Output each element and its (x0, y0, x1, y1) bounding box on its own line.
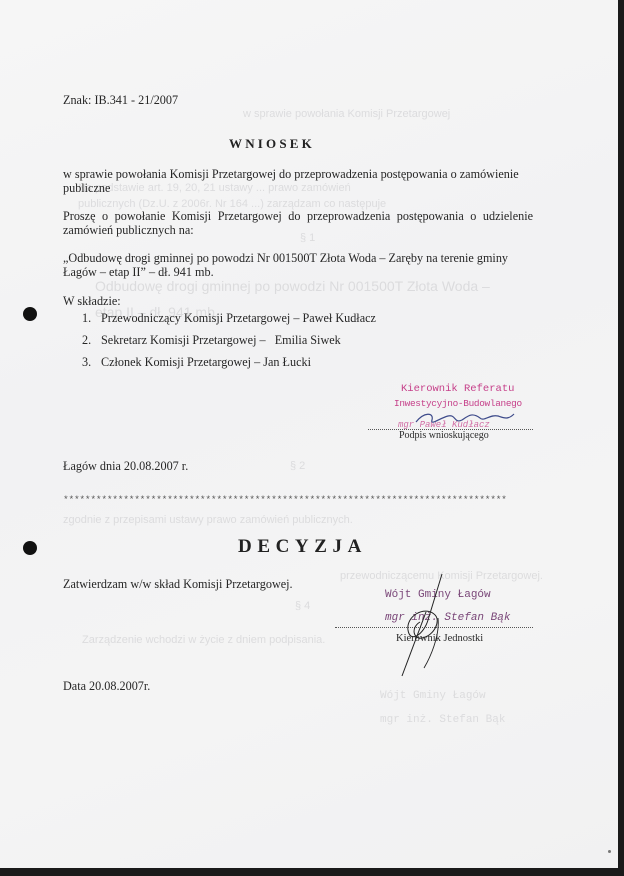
bleed-through-text: § 2 (290, 460, 305, 472)
bleed-through-text: w sprawie powołania Komisji Przetargowej (243, 108, 450, 120)
decision-title: DECYZJA (238, 536, 367, 558)
committee-member: 1.Przewodniczący Komisji Przetargowej – … (82, 311, 376, 325)
department-stamp-title: Kierownik Referatu (401, 383, 514, 395)
bleed-through-text: Zarządzenie wchodzi w życie z dniem podp… (82, 634, 325, 646)
member-number: 1. (82, 311, 101, 325)
signature-approver (380, 572, 460, 682)
bleed-through-text: § 4 (295, 600, 310, 612)
request-body-line: zamówień publicznych na: (63, 223, 533, 237)
scanned-page: w sprawie powołania Komisji Przetargowej… (0, 0, 618, 868)
place-and-date: Łagów dnia 20.08.2007 r. (63, 459, 188, 473)
request-subject-line: publiczne (63, 181, 533, 195)
punch-hole (23, 541, 37, 555)
scan-speck (608, 850, 611, 853)
bleed-through-text: Wójt Gminy Łagów (380, 690, 486, 702)
separator-line: ****************************************… (63, 494, 507, 505)
request-body-line: Proszę o powołanie Komisji Przetargowej … (63, 209, 533, 223)
request-subject-line: w sprawie powołania Komisji Przetargowej… (63, 167, 533, 181)
member-number: 3. (82, 355, 101, 369)
request-body: Proszę o powołanie Komisji Przetargowej … (63, 209, 533, 237)
project-description: „Odbudowę drogi gminnej po powodzi Nr 00… (63, 251, 533, 279)
requester-signature-caption: Podpis wnioskującego (399, 430, 489, 441)
bleed-through-text: mgr inż. Stefan Bąk (380, 714, 505, 726)
member-number: 2. (82, 333, 101, 347)
committee-member: 3.Członek Komisji Przetargowej – Jan Łuc… (82, 355, 311, 369)
reference-number: Znak: IB.341 - 21/2007 (63, 93, 178, 107)
composition-label: W składzie: (63, 294, 121, 308)
member-text: Członek Komisji Przetargowej – Jan Łucki (101, 355, 311, 369)
member-text: Sekretarz Komisji Przetargowej – Emilia … (101, 333, 341, 347)
member-text: Przewodniczący Komisji Przetargowej – Pa… (101, 311, 376, 325)
decision-date: Data 20.08.2007r. (63, 679, 150, 693)
punch-hole (23, 307, 37, 321)
request-title: WNIOSEK (229, 136, 315, 152)
committee-member: 2.Sekretarz Komisji Przetargowej – Emili… (82, 333, 341, 347)
bleed-through-text: zgodnie z przepisami ustawy prawo zamówi… (63, 514, 353, 526)
project-description-line: Łagów – etap II” – dł. 941 mb. (63, 265, 533, 279)
request-subject: w sprawie powołania Komisji Przetargowej… (63, 167, 533, 195)
bleed-through-text: Odbudowę drogi gminnej po powodzi Nr 001… (95, 278, 490, 294)
decision-text: Zatwierdzam w/w skład Komisji Przetargow… (63, 577, 293, 591)
project-description-line: „Odbudowę drogi gminnej po powodzi Nr 00… (63, 251, 533, 265)
